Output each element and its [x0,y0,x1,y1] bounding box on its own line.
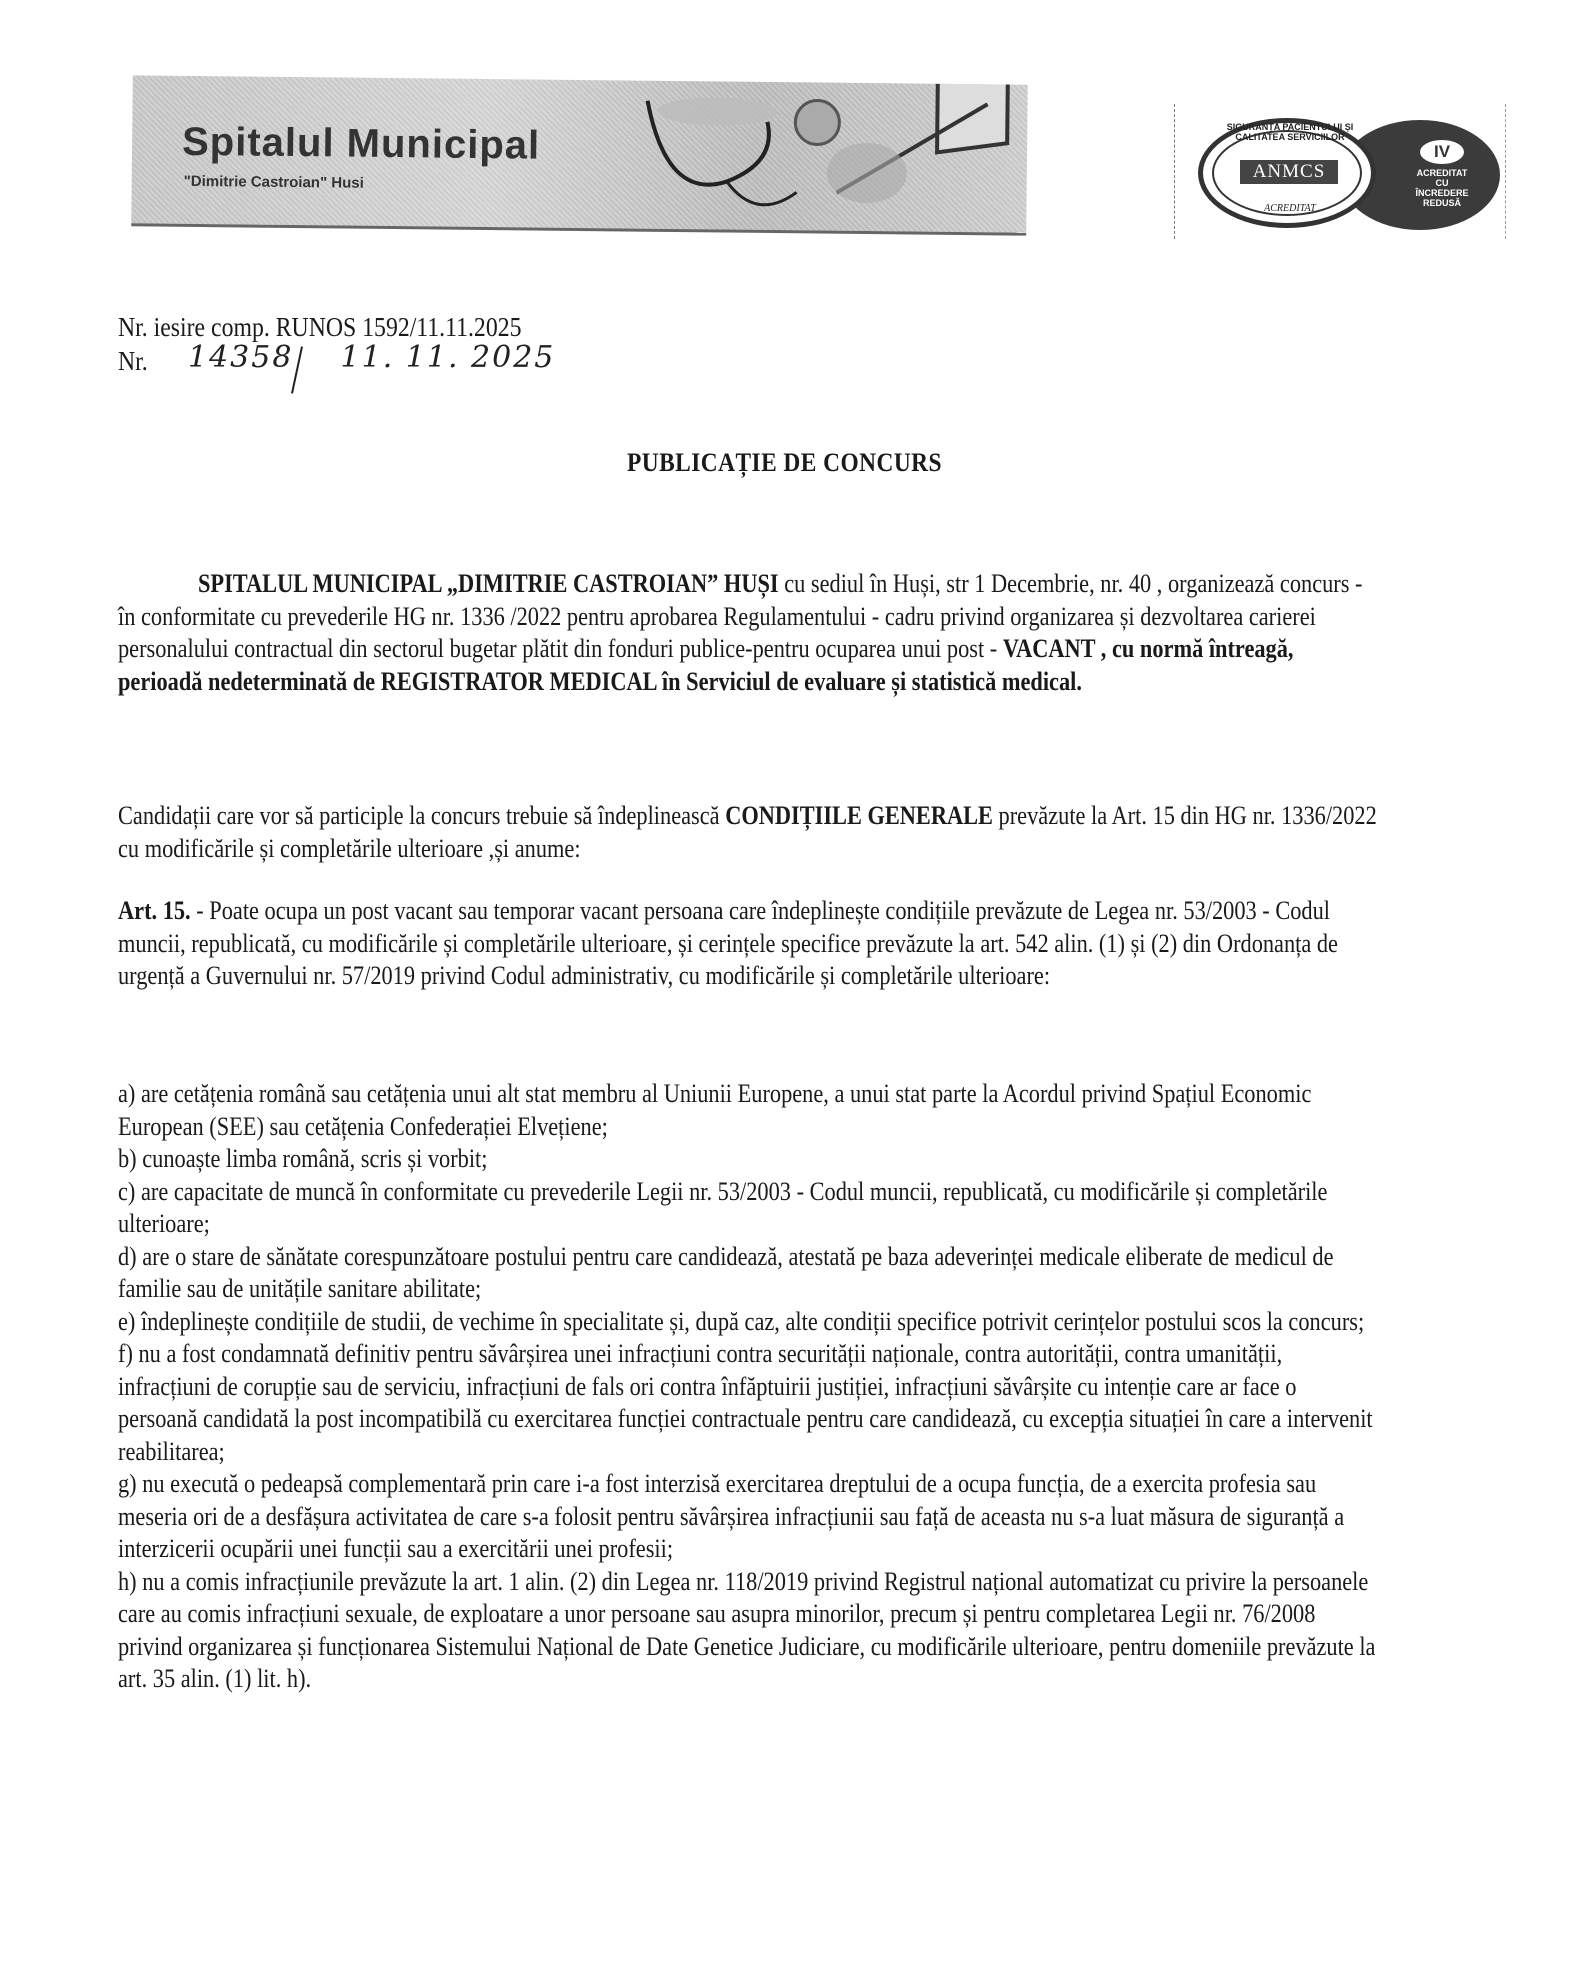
seal-accredited-text: ACREDITAT [1245,203,1335,214]
accreditation-level-badge: IV [1420,140,1464,164]
item-label: b) [118,1144,137,1173]
banner-title: Spitalul Municipal [182,120,540,169]
general-conditions-heading: CONDIȚIILE GENERALE [725,801,993,830]
item-label: e) [118,1307,135,1336]
stethoscope-illustration-icon [606,80,1028,232]
conditions-list: a) are cetățenia română sau cetățenia un… [118,1078,1378,1696]
item-label: h) [118,1567,137,1596]
status-line: ACREDITAT [1392,168,1492,178]
item-text: nu a comis infracțiunile prevăzute la ar… [118,1567,1375,1694]
item-text: are o stare de sănătate corespunzătoare … [118,1242,1333,1304]
list-item: b) cunoaște limba română, scris și vorbi… [118,1143,1378,1176]
anmcs-logo: ANMCS [1240,160,1338,184]
exit-number: Nr. iesire comp. RUNOS 1592/11.11.2025 [118,312,521,343]
hospital-name: SPITALUL MUNICIPAL „DIMITRIE CASTROIAN” … [198,569,779,598]
article-label: Art. 15. [118,896,191,925]
accreditation-status: ACREDITAT CU ÎNCREDERE REDUSĂ [1392,168,1492,208]
list-item: d) are o stare de sănătate corespunzătoa… [118,1241,1378,1306]
item-label: g) [118,1469,137,1498]
list-item: e) îndeplinește condițiile de studii, de… [118,1306,1378,1339]
item-label: a) [118,1079,135,1108]
list-item: g) nu execută o pedeapsă complementară p… [118,1468,1378,1566]
candidates-paragraph: Candidații care vor să participle la con… [118,800,1378,865]
item-text: are cetățenia română sau cetățenia unui … [118,1079,1311,1141]
article-text: - Poate ocupa un post vacant sau tempora… [118,896,1338,990]
list-item: a) are cetățenia română sau cetățenia un… [118,1078,1378,1143]
seal-ring-text: SIGURANȚA PACIENTULUI ȘI CALITATEA SERVI… [1225,122,1355,142]
hospital-banner: Spitalul Municipal "Dimitrie Castroian" … [131,75,1028,235]
item-label: f) [118,1339,133,1368]
item-label: d) [118,1242,137,1271]
intro-paragraph: SPITALUL MUNICIPAL „DIMITRIE CASTROIAN” … [118,568,1378,698]
candidates-text: Candidații care vor să participle la con… [118,801,725,830]
item-text: are capacitate de muncă în conformitate … [118,1177,1327,1239]
banner-subtitle: "Dimitrie Castroian" Husi [184,173,364,192]
status-line: REDUSĂ [1392,198,1492,208]
item-text: nu a fost condamnată definitiv pentru să… [118,1339,1373,1466]
item-text: cunoaște limba română, scris și vorbit; [137,1144,488,1173]
item-text: îndeplinește condițiile de studii, de ve… [135,1307,1364,1336]
handwritten-number: 14358 [188,340,293,375]
handwritten-registration: 14358 11. 11. 2025 [188,340,555,375]
status-line: ÎNCREDERE [1392,188,1492,198]
handwritten-date: 11. 11. 2025 [341,340,556,375]
page-title: PUBLICAȚIE DE CONCURS [78,448,1490,478]
article-15-paragraph: Art. 15. - Poate ocupa un post vacant sa… [118,895,1378,993]
status-line: CU [1392,178,1492,188]
list-item: f) nu a fost condamnată definitiv pentru… [118,1338,1378,1468]
registration-number-label: Nr. [118,346,148,377]
list-item: h) nu a comis infracțiunile prevăzute la… [118,1566,1378,1696]
item-text: nu execută o pedeapsă complementară prin… [118,1469,1344,1563]
item-label: c) [118,1177,135,1206]
list-item: c) are capacitate de muncă în conformita… [118,1176,1378,1241]
